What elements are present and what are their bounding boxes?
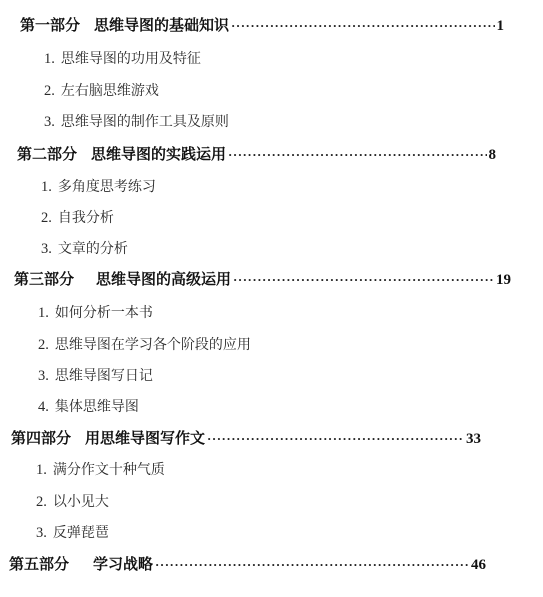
item-text: 集体思维导图 [55, 399, 139, 415]
part-title: 思维导图的实践运用 [91, 143, 226, 164]
part-title: 学习战略 [93, 553, 153, 574]
part-label: 第一部分 [20, 14, 80, 35]
toc-part-5[interactable]: 第五部分 学习战略 ······························… [9, 553, 486, 574]
page-number: 19 [496, 272, 511, 289]
item-number: 1. [41, 179, 52, 195]
dot-leader: ········································… [155, 557, 469, 573]
item-number: 1. [44, 51, 55, 67]
part-title: 思维导图的基础知识 [94, 14, 229, 35]
part-title: 用思维导图写作文 [85, 427, 205, 448]
toc-item[interactable]: 1.多角度思考练习 [41, 176, 156, 196]
toc-item[interactable]: 3.文章的分析 [41, 238, 128, 258]
toc-item[interactable]: 2.以小见大 [36, 491, 109, 511]
toc-part-4[interactable]: 第四部分 用思维导图写作文 ··························… [11, 427, 481, 448]
dot-leader: ········································… [207, 431, 464, 447]
toc-item[interactable]: 2.左右脑思维游戏 [44, 80, 159, 100]
item-text: 思维导图的功用及特征 [61, 51, 201, 67]
item-text: 文章的分析 [58, 241, 128, 257]
item-number: 4. [38, 399, 49, 415]
part-title: 思维导图的高级运用 [96, 268, 231, 289]
item-number: 2. [44, 83, 55, 99]
dot-leader: ········································… [231, 18, 494, 34]
item-text: 多角度思考练习 [58, 179, 156, 195]
item-text: 如何分析一本书 [55, 305, 153, 321]
item-number: 2. [38, 337, 49, 353]
page-number: 33 [466, 431, 481, 448]
item-number: 3. [38, 368, 49, 384]
part-label: 第三部分 [14, 268, 74, 289]
toc-part-3[interactable]: 第三部分 思维导图的高级运用 ·························… [14, 268, 511, 289]
item-number: 1. [36, 462, 47, 478]
table-of-contents: 第一部分 思维导图的基础知识 ·························… [0, 0, 543, 597]
toc-item[interactable]: 1.思维导图的功用及特征 [44, 48, 201, 68]
item-text: 思维导图在学习各个阶段的应用 [55, 337, 251, 353]
item-text: 满分作文十种气质 [53, 462, 165, 478]
item-number: 2. [41, 210, 52, 226]
dot-leader: ········································… [228, 147, 486, 163]
toc-item[interactable]: 2.思维导图在学习各个阶段的应用 [38, 334, 251, 354]
toc-item[interactable]: 2.自我分析 [41, 207, 114, 227]
item-number: 3. [36, 525, 47, 541]
item-text: 以小见大 [53, 494, 109, 510]
item-text: 左右脑思维游戏 [61, 83, 159, 99]
toc-item[interactable]: 3.反弹琵琶 [36, 522, 109, 542]
item-number: 3. [41, 241, 52, 257]
toc-item[interactable]: 3.思维导图的制作工具及原则 [44, 111, 229, 131]
page-number: 8 [489, 147, 497, 164]
toc-part-1[interactable]: 第一部分 思维导图的基础知识 ·························… [20, 14, 504, 35]
page-number: 46 [471, 557, 486, 574]
page-number: 1 [497, 18, 505, 35]
item-number: 2. [36, 494, 47, 510]
item-text: 自我分析 [58, 210, 114, 226]
part-label: 第四部分 [11, 427, 71, 448]
part-label: 第二部分 [17, 143, 77, 164]
item-text: 反弹琵琶 [53, 525, 109, 541]
toc-item[interactable]: 1.满分作文十种气质 [36, 459, 165, 479]
dot-leader: ········································… [233, 272, 494, 288]
item-number: 3. [44, 114, 55, 130]
toc-part-2[interactable]: 第二部分 思维导图的实践运用 ·························… [17, 143, 496, 164]
item-text: 思维导图的制作工具及原则 [61, 114, 229, 130]
item-text: 思维导图写日记 [55, 368, 153, 384]
toc-item[interactable]: 3.思维导图写日记 [38, 365, 153, 385]
toc-item[interactable]: 4.集体思维导图 [38, 396, 139, 416]
item-number: 1. [38, 305, 49, 321]
part-label: 第五部分 [9, 553, 69, 574]
toc-item[interactable]: 1.如何分析一本书 [38, 302, 153, 322]
